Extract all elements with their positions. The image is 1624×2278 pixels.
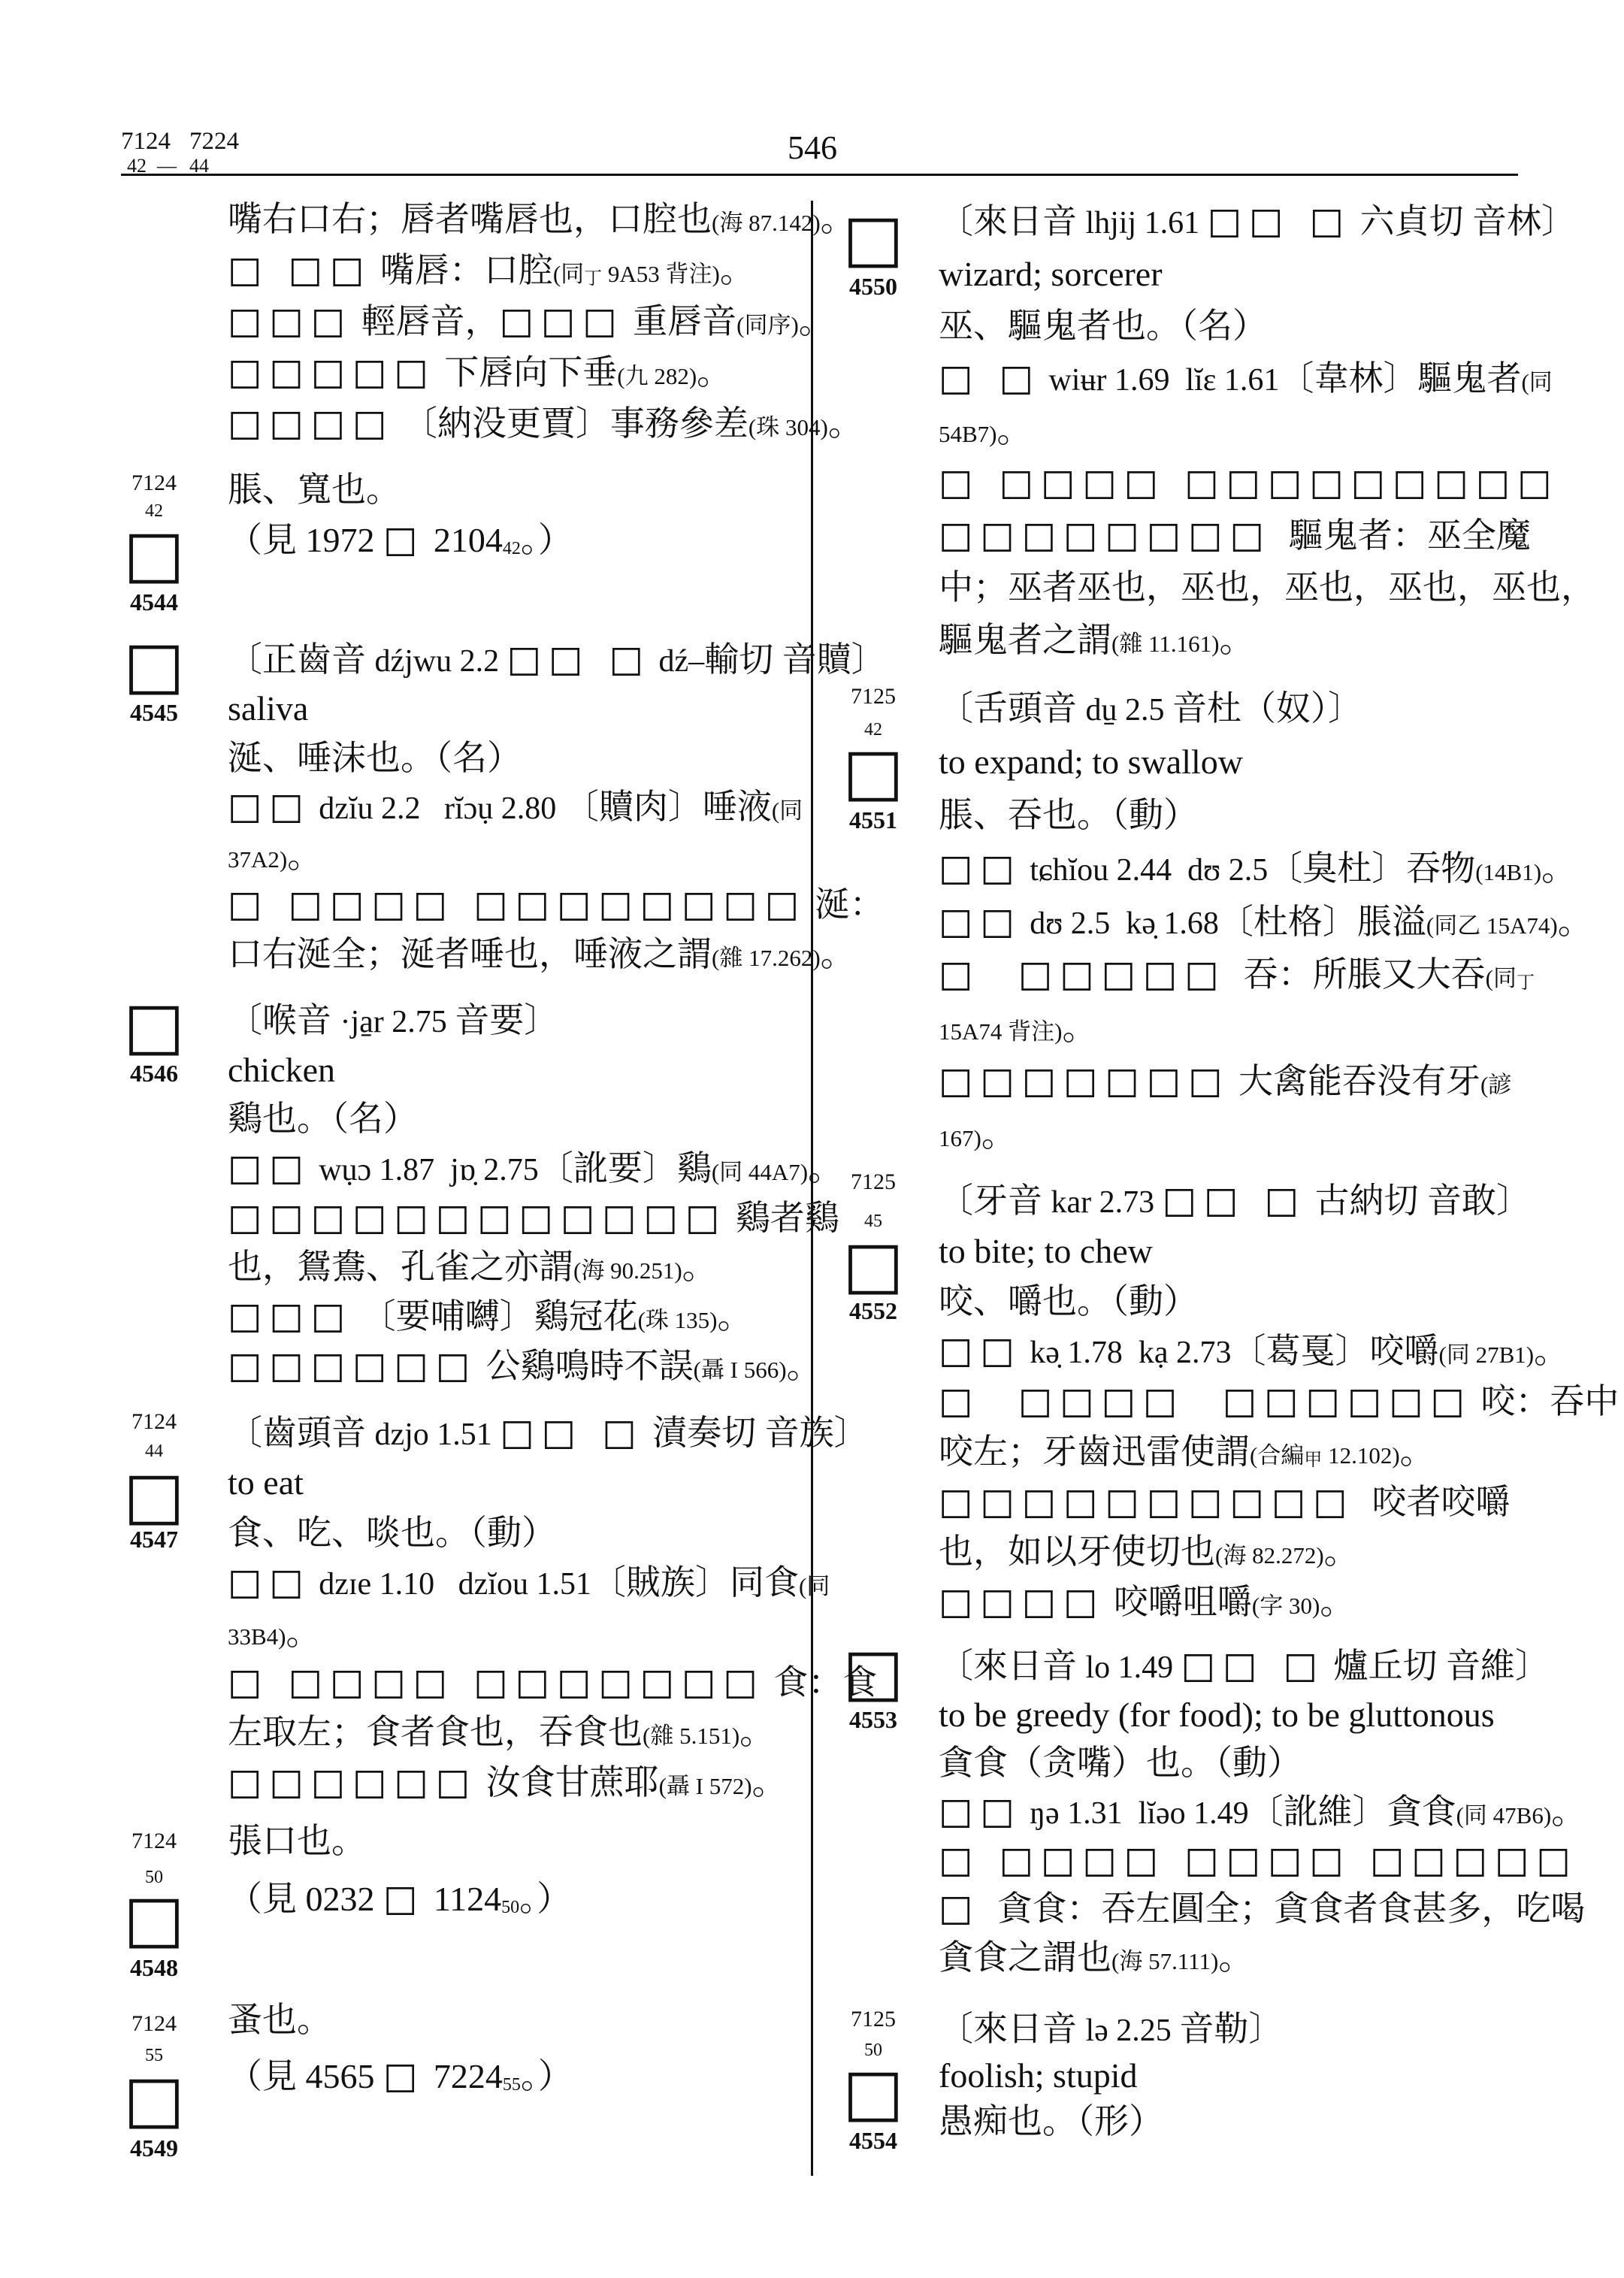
source-citation: (同 27B1)	[1439, 1342, 1535, 1368]
entry-body: 蚤也。（見 4565 □ 722455。）	[228, 1992, 573, 2104]
entry-line: □□□□□ 下唇向下垂(九 282)。	[228, 347, 863, 398]
entry-line: □□□□ 〔納没更賈〕事務參差(珠 304)。	[228, 398, 863, 449]
entry-line: to eat	[228, 1458, 877, 1508]
headword-tangut-glyph: □	[836, 748, 911, 796]
chinese-text: 〔賊族〕同食	[591, 1563, 799, 1602]
chinese-text: 古納切 音敢〕	[1306, 1181, 1531, 1220]
entry-line: chicken	[228, 1045, 842, 1095]
english-gloss: chicken	[228, 1051, 335, 1089]
entry-line: □□□□□□ 公鷄鳴時不誤(聶 I 566)。	[228, 1342, 842, 1391]
source-citation: 9A53 背注)	[602, 261, 720, 287]
chinese-text: 涎：	[806, 885, 885, 924]
chinese-text: 重唇音	[624, 302, 737, 340]
entry-code: 7125	[836, 685, 911, 708]
entry-line: （見 4565 □ 722455。）	[228, 2048, 573, 2104]
source-citation: (雜 11.161)	[1111, 631, 1220, 657]
source-citation: (雜 5.151)	[643, 1723, 739, 1749]
chinese-text: 。	[1062, 1009, 1096, 1047]
headword-tangut-glyph: □	[836, 2068, 911, 2118]
chinese-text: 。	[1534, 1332, 1568, 1370]
phonetic-reconstruction: lo 1.49	[1086, 1650, 1181, 1685]
entry-line: wizard; sorcerer	[939, 248, 1595, 301]
source-citation: (字 30)	[1252, 1593, 1320, 1619]
entry-line: 〔喉音 ·ja̱r 2.75 音要〕	[228, 996, 842, 1045]
tangut-glyph-placeholder: □ □□□□ □□□□□□□□	[228, 883, 806, 925]
chinese-text: 鷄者鷄	[727, 1199, 839, 1237]
phonetic-reconstruction: tɕhĭou 2.44 dʊ 2.5	[1022, 853, 1269, 888]
chinese-text: 。	[1218, 1938, 1253, 1977]
entry-line: □□□ 輕唇音，□□□ 重唇音(同序)。	[228, 296, 863, 347]
entry-body: 〔來日音 lo 1.49 □□ □ 爐丘切 音維〕to be greedy (f…	[939, 1642, 1586, 1983]
entry-line: 〔來日音 lə 2.25 音勒〕	[939, 2006, 1283, 2053]
chinese-text: 。）	[521, 2057, 573, 2095]
chinese-text: 食、吃、啖也。（動）	[228, 1514, 556, 1552]
chinese-text: 。	[1220, 621, 1254, 659]
tangut-glyph-placeholder: □□ □	[1163, 1179, 1306, 1221]
tangut-glyph-placeholder: □□□□□□□	[939, 1060, 1229, 1102]
entry-line: 口右涎全；涎者唾也，唾液之謂(雜 17.262)。	[228, 930, 886, 979]
chinese-text: 。	[799, 302, 833, 340]
header-range-start-code: 7124	[121, 129, 171, 154]
tangut-glyph-placeholder: □□	[228, 785, 311, 827]
chinese-text: 爐丘切 音維〕	[1325, 1647, 1550, 1685]
chinese-text: 。	[739, 1713, 774, 1751]
chinese-text: 貪食之謂也	[939, 1938, 1111, 1977]
phonetic-reconstruction: kar 2.73	[1051, 1185, 1163, 1220]
chinese-text: 輕唇音，	[352, 302, 500, 340]
tangut-glyph-placeholder: □□ □	[500, 1411, 643, 1454]
entry-line: □□□□□□□□□□□□ 鷄者鷄	[228, 1193, 842, 1243]
chinese-text: 。）	[519, 1880, 571, 1918]
entry-line: 巫、驅鬼者也。（名）	[939, 300, 1595, 352]
entry-code: 7125	[836, 2008, 911, 2031]
chinese-text: 〔韋林〕驅鬼者	[1279, 359, 1521, 398]
source-citation: (同 47B6)	[1456, 1802, 1552, 1829]
entry-line: 〔牙音 kar 2.73 □□ □ 古納切 音敢〕	[939, 1176, 1619, 1227]
source-citation: (海 90.251)	[573, 1257, 682, 1284]
entry-code: 7125	[836, 1171, 911, 1193]
entry-line: □ □□ 嘴唇：口腔(同丁 9A53 背注)。	[228, 245, 863, 296]
entry-number: 4544	[116, 590, 192, 614]
tangut-glyph-placeholder: □□□□□□□□	[939, 514, 1272, 556]
entry-line: □ □ wiʉr 1.69 lĭɛ 1.61〔韋林〕驅鬼者(同	[939, 352, 1595, 405]
tangut-glyph-placeholder: □	[383, 519, 425, 561]
chinese-text: 六貞切 音林〕	[1351, 202, 1576, 241]
entry-line: to expand; to swallow	[939, 736, 1592, 789]
entry-body: 〔來日音 lə 2.25 音勒〕foolish; stupid愚痴也。（形）	[939, 2006, 1283, 2145]
chinese-text: 中；巫者巫也，巫也，巫也，巫也，巫也，	[939, 568, 1595, 607]
chinese-text: 。	[787, 1347, 821, 1385]
entry-line: 貪食之謂也(海 57.111)。	[939, 1934, 1586, 1983]
entry-line: 15A74 背注)。	[939, 1002, 1592, 1055]
phonetic-reconstruction: dzĭu 2.2 rĭɔụ 2.80	[311, 791, 564, 826]
entry-body: 嘴右口右；唇者嘴唇也，口腔也(海 87.142)。□ □□ 嘴唇：口腔(同丁 9…	[228, 194, 863, 449]
subscript-text: 42	[503, 539, 521, 558]
headword-tangut-glyph: □	[116, 530, 192, 578]
chinese-text: 〔喉音	[228, 1001, 340, 1039]
entry-line: □□□□□□□ 大禽能吞没有牙(諺	[939, 1055, 1592, 1109]
chinese-text: 。	[697, 353, 731, 392]
source-citation: 54B7)	[939, 421, 997, 447]
chinese-text: 巫、驅鬼者也。（名）	[939, 307, 1267, 345]
entry-line: 嘴右口右；唇者嘴唇也，口腔也(海 87.142)。	[228, 194, 863, 245]
chinese-text: 。	[821, 935, 855, 973]
entry-line: 脹、吞也。（動）	[939, 789, 1592, 843]
entry-line: 〔正齒音 dźjwu 2.2 □□ □ dź–輸切 音贖〕	[228, 635, 886, 684]
entry-line: （見 0232 □ 112450。）	[228, 1870, 571, 1928]
entry-line: 張口也。	[228, 1812, 571, 1870]
entry-line: 鷄也。（名）	[228, 1094, 842, 1144]
phonetic-reconstruction: du̱ 2.5	[1086, 693, 1173, 728]
entry-line: □□ tɕhĭou 2.44 dʊ 2.5〔臭杜〕吞物(14B1)。	[939, 843, 1592, 896]
chinese-text: 張口也。	[228, 1822, 366, 1860]
chinese-text: 左取左；食者食也，吞食也	[228, 1713, 643, 1751]
chinese-text: （見 1972	[228, 521, 383, 559]
phonetic-reconstruction: dź–	[651, 644, 704, 679]
page-number: 546	[788, 132, 837, 165]
chinese-text: 音杜（奴）〕	[1172, 689, 1362, 728]
english-gloss: foolish; stupid	[939, 2056, 1138, 2095]
tangut-glyph-placeholder: □□□	[500, 300, 624, 342]
tangut-glyph-placeholder: □□□□□	[228, 351, 436, 393]
tangut-glyph-placeholder: □□ □	[507, 638, 651, 680]
source-citation: 33B4)	[228, 1623, 286, 1650]
chinese-text: 〔舌頭音	[939, 689, 1086, 728]
tangut-glyph-placeholder: □	[383, 1877, 425, 1920]
dictionary-page: 7124 7224 42 — 44 546 嘴右口右；唇者嘴唇也，口腔也(海 8…	[0, 0, 1624, 2278]
chinese-text: 吞：所脹又大吞	[1226, 955, 1486, 994]
chinese-text: 。	[828, 404, 863, 443]
entry-body: 〔牙音 kar 2.73 □□ □ 古納切 音敢〕to bite; to che…	[939, 1176, 1619, 1628]
chinese-text: 嘴右口右；唇者嘴唇也，口腔也	[228, 200, 712, 238]
headword-tangut-glyph: □	[116, 1895, 192, 1943]
tangut-glyph-placeholder: □□	[939, 847, 1022, 889]
source-citation: 167)	[939, 1125, 981, 1151]
source-citation: (同 44A7)	[712, 1159, 808, 1185]
chinese-text: 愚痴也。（形）	[939, 2102, 1163, 2140]
entry-number: 4551	[836, 808, 911, 832]
entry-line: □ □□□□ □□□□□□□□ 涎：	[228, 880, 886, 929]
entry-line: □□□□□□□□ 驅鬼者：巫全魔	[939, 510, 1595, 562]
header-rule	[121, 174, 1518, 176]
entry-line: 〔舌頭音 du̱ 2.5 音杜（奴）〕	[939, 682, 1592, 736]
entry-line: 食、吃、啖也。（動）	[228, 1508, 877, 1558]
entry-body: 〔舌頭音 du̱ 2.5 音杜（奴）〕to expand; to swallow…	[939, 682, 1592, 1162]
tangut-glyph-placeholder: □□ □	[1208, 200, 1351, 242]
chinese-text: 。	[981, 1115, 1016, 1154]
source-citation: (同	[1486, 965, 1517, 991]
entry-line: 驅鬼者之謂(雜 11.161)。	[939, 614, 1595, 667]
entry-line: □ □□□□ □□□□□□ 咬：吞中	[939, 1377, 1619, 1427]
entry-line: （見 1972 □ 210442。）	[228, 515, 573, 565]
entry-line: 也，如以牙使切也(海 82.272)。	[939, 1527, 1619, 1578]
chinese-text: 2104	[425, 521, 503, 559]
entry-line: 貪食（贪嘴）也。（動）	[939, 1739, 1586, 1788]
chinese-text: （見 0232	[228, 1880, 383, 1918]
header-range-end-code: 7224	[189, 129, 239, 154]
phonetic-reconstruction: lhjij 1.61	[1086, 206, 1208, 241]
entry-code: 7124	[116, 1411, 192, 1433]
tangut-glyph-placeholder: □□□□	[228, 402, 394, 444]
source-citation: 37A2)	[228, 846, 287, 873]
english-gloss: saliva	[228, 689, 308, 728]
chinese-text: 脹、寬也。	[228, 470, 401, 509]
entry-line: □□ wụɔ 1.87 jɒ̣ 2.75〔訛要〕鷄(同 44A7)。	[228, 1144, 842, 1193]
chinese-text: 〔齒頭音	[228, 1414, 375, 1452]
chinese-text: 貪食（贪嘴）也。（動）	[939, 1744, 1302, 1782]
chinese-text: 〔臭杜〕吞物	[1268, 849, 1475, 888]
phonetic-reconstruction: dzjo 1.51	[375, 1417, 501, 1452]
english-gloss: to eat	[228, 1463, 304, 1502]
tangut-glyph-placeholder: □ □□□□ □□□□ □□□□□	[939, 1839, 1578, 1881]
tangut-glyph-placeholder: □ □□□□ □□□□□□□□□	[939, 461, 1559, 504]
entry-number: 4547	[116, 1527, 192, 1551]
entry-line: □ 貪食：吞左圓全；貪食者食甚多，吃喝	[939, 1885, 1586, 1934]
entry-body: 〔正齒音 dźjwu 2.2 □□ □ dź–輸切 音贖〕saliva涎、唾沫也…	[228, 635, 886, 979]
chinese-text: 咬、嚼也。（動）	[939, 1282, 1198, 1321]
tangut-glyph-placeholder: □□	[939, 1330, 1022, 1372]
chinese-text: 脹、吞也。（動）	[939, 796, 1198, 834]
chinese-text: 〔杜格〕脹溢	[1219, 903, 1426, 941]
entry-number: 4545	[116, 700, 192, 725]
chinese-text: 下唇向下垂	[436, 353, 618, 392]
source-citation: (聶 I 566)	[694, 1357, 787, 1383]
chinese-text: 汝食甘蔗耶	[477, 1763, 659, 1802]
chinese-text: 。	[682, 1248, 717, 1286]
chinese-text: 〔來日音	[939, 1647, 1086, 1685]
chinese-text: 也，鴛鴦、孔雀之亦謂	[228, 1248, 573, 1286]
tangut-glyph-placeholder: □ □□□□□	[939, 953, 1226, 995]
chinese-text: 〔訛維〕貪食	[1249, 1792, 1456, 1831]
tangut-glyph-placeholder: □□□□□□	[228, 1345, 477, 1387]
entry-line: □ □□□□ □□□□ □□□□□	[939, 1837, 1586, 1886]
chinese-text: 。	[720, 251, 755, 289]
entry-line: 涎、唾沫也。（名）	[228, 734, 886, 782]
entry-line: 33B4)。	[228, 1608, 877, 1658]
entry-body: 脹、寬也。（見 1972 □ 210442。）	[228, 464, 573, 565]
source-citation: (海 57.111)	[1111, 1948, 1218, 1974]
entry-line: 咬、嚼也。（動）	[939, 1277, 1619, 1327]
phonetic-reconstruction: lə 2.25	[1086, 2013, 1180, 2048]
entry-line: 〔來日音 lhjij 1.61 □□ □ 六貞切 音林〕	[939, 195, 1595, 248]
entry-line: 167)。	[939, 1109, 1592, 1162]
chinese-text: 〔正齒音	[228, 640, 375, 679]
tangut-glyph-placeholder: □	[939, 1887, 980, 1929]
tangut-glyph-placeholder: □□□	[228, 300, 352, 342]
chinese-text: 1124	[425, 1880, 501, 1918]
chinese-text: （見 4565	[228, 2057, 383, 2095]
chinese-text: 〔葛戛〕咬嚼	[1232, 1332, 1439, 1370]
subscript-text: 丁	[584, 269, 602, 289]
chinese-text: 〔來日音	[939, 202, 1086, 241]
source-citation: (同序)	[736, 312, 799, 338]
entry-line: □ □□□□□ 吞：所脹又大吞(同丁	[939, 948, 1592, 1002]
entry-number: 4546	[116, 1061, 192, 1085]
chinese-text: 咬左；牙齒迅雷使謂	[939, 1432, 1250, 1471]
headword-tangut-glyph: □	[116, 641, 192, 689]
chinese-text: 〔來日音	[939, 2010, 1086, 2048]
entry-line: □□□□□□□□□□ 咬者咬嚼	[939, 1478, 1619, 1528]
phonetic-reconstruction: kə̣ 1.78 kạ 2.73	[1022, 1336, 1232, 1370]
tangut-glyph-placeholder: □□	[939, 1790, 1022, 1832]
entry-line: saliva	[228, 684, 886, 733]
chinese-text: 公鷄鳴時不誤	[477, 1347, 694, 1385]
entry-number: 4552	[836, 1299, 911, 1323]
chinese-text: 音要〕	[455, 1001, 558, 1039]
source-citation: (海 82.272)	[1215, 1542, 1324, 1569]
chinese-text: 嘴唇：口腔	[371, 251, 553, 289]
subscript-text: 甲	[1304, 1451, 1322, 1470]
headword-tangut-glyph: □	[116, 2075, 192, 2123]
chinese-text: 也，如以牙使切也	[939, 1532, 1215, 1571]
tangut-glyph-placeholder: □□□□□□	[228, 1761, 477, 1803]
chinese-text: 。	[1324, 1532, 1359, 1571]
tangut-glyph-placeholder: □□	[228, 1147, 311, 1189]
chinese-text: 涎、唾沫也。（名）	[228, 739, 522, 777]
tangut-glyph-placeholder: □ □	[939, 357, 1041, 399]
chinese-text: 漬奏切 音族〕	[644, 1414, 869, 1452]
entry-line: □ □□□□ □□□□□□□□□	[939, 457, 1595, 510]
source-citation: (珠 135)	[638, 1307, 718, 1333]
chinese-text: 咬嚼咀嚼	[1105, 1583, 1252, 1621]
headword-tangut-glyph: □	[836, 1648, 911, 1696]
entry-line: 〔齒頭音 dzjo 1.51 □□ □ 漬奏切 音族〕	[228, 1408, 877, 1458]
entry-line: 咬左；牙齒迅雷使謂(合編甲 12.102)。	[939, 1427, 1619, 1478]
chinese-text: 。	[1400, 1432, 1435, 1471]
chinese-text: 7224	[425, 2057, 503, 2095]
entry-line: □□□ 〔要哺嚩〕鷄冠花(珠 135)。	[228, 1292, 842, 1342]
chinese-text: 。	[1551, 1792, 1586, 1831]
entry-body: 〔來日音 lhjij 1.61 □□ □ 六貞切 音林〕wizard; sorc…	[939, 195, 1595, 666]
english-gloss: to be greedy (for food); to be gluttonou…	[939, 1696, 1495, 1734]
english-gloss: wizard; sorcerer	[939, 255, 1163, 293]
chinese-text: 。	[287, 836, 322, 875]
entry-line: □□□□ 咬嚼咀嚼(字 30)。	[939, 1578, 1619, 1628]
tangut-glyph-placeholder: □□	[228, 1561, 311, 1603]
entry-number: 4549	[116, 2136, 192, 2160]
entry-line: 也，鴛鴦、孔雀之亦謂(海 90.251)。	[228, 1242, 842, 1292]
tangut-glyph-placeholder: □□□□□□□□□□□□	[228, 1196, 727, 1239]
entry-code: 7124	[116, 1830, 192, 1853]
tangut-glyph-placeholder: □□ □	[1181, 1644, 1325, 1687]
entry-line: to bite; to chew	[939, 1227, 1619, 1277]
subscript-text: 50	[501, 1898, 519, 1917]
chinese-text: 。	[752, 1763, 787, 1802]
tangut-glyph-placeholder: □ □□□□ □□□□□□□	[228, 1661, 765, 1703]
phonetic-reconstruction: wiʉr 1.69 lĭɛ 1.61	[1041, 363, 1279, 398]
entry-line: □ □□□□ □□□□□□□ 食：食	[228, 1658, 877, 1708]
entry-line: 愚痴也。（形）	[939, 2098, 1283, 2145]
chinese-text: 。	[1558, 903, 1592, 941]
chinese-text: 驅鬼者：巫全魔	[1272, 516, 1531, 555]
source-citation: (同	[772, 797, 803, 824]
entry-line: □□ ŋə 1.31 lĭəo 1.49〔訛維〕貪食(同 47B6)。	[939, 1788, 1586, 1837]
phonetic-reconstruction: wụɔ 1.87 jɒ̣ 2.75	[311, 1153, 539, 1187]
entry-line: □□□□□□ 汝食甘蔗耶(聶 I 572)。	[228, 1758, 877, 1808]
chinese-text: 〔要哺嚩〕鷄冠花	[352, 1297, 638, 1336]
tangut-glyph-placeholder: □□□□	[939, 1581, 1105, 1623]
source-citation: 12.102)	[1322, 1442, 1399, 1469]
tangut-glyph-placeholder: □ □□	[228, 249, 371, 291]
source-citation: (海 87.142)	[712, 210, 821, 236]
chinese-text: 。	[286, 1614, 321, 1652]
chinese-text: 大禽能吞没有牙	[1229, 1062, 1480, 1100]
entry-line: 37A2)。	[228, 831, 886, 880]
chinese-text: 貪食：吞左圓全；貪食者食甚多，吃喝	[980, 1889, 1585, 1928]
entry-line: □□ dzɪe 1.10 dzĭou 1.51〔賊族〕同食(同	[228, 1558, 877, 1608]
chinese-text: 。	[1320, 1583, 1354, 1621]
chinese-text: 咬者咬嚼	[1355, 1483, 1511, 1521]
headword-tangut-glyph: □	[836, 213, 911, 264]
chinese-text: 驅鬼者之謂	[939, 621, 1111, 659]
tangut-glyph-placeholder: □	[383, 2055, 425, 2097]
chinese-text: 。	[717, 1297, 752, 1336]
chinese-text: 音勒〕	[1179, 2010, 1283, 2048]
entry-number: 4548	[116, 1956, 192, 1980]
source-citation: 15A74 背注)	[939, 1018, 1062, 1045]
tangut-glyph-placeholder: □□	[939, 900, 1022, 942]
entry-line: 蚤也。	[228, 1992, 573, 2048]
entry-code: 7124	[116, 472, 192, 495]
chinese-text: 輸切 音贖〕	[704, 640, 886, 679]
chinese-text: 鷄也。（名）	[228, 1100, 418, 1138]
entry-line: to be greedy (for food); to be gluttonou…	[939, 1691, 1586, 1740]
tangut-glyph-placeholder: □ □□□□ □□□□□□	[939, 1380, 1472, 1422]
entry-line: □□ kə̣ 1.78 kạ 2.73〔葛戛〕咬嚼(同 27B1)。	[939, 1327, 1619, 1377]
chinese-text: 。	[997, 411, 1032, 449]
entry-line: 54B7)。	[939, 404, 1595, 457]
entry-line: □□ dzĭu 2.2 rĭɔụ 2.80 〔贖肉〕唾液(同	[228, 782, 886, 831]
entry-number: 4550	[836, 274, 911, 298]
tangut-glyph-placeholder: □□□□□□□□□□	[939, 1481, 1355, 1523]
source-citation: (同乙 15A74)	[1426, 912, 1558, 939]
entry-code: 7124	[116, 2013, 192, 2035]
entry-line: □□ dʊ 2.5 kə̣ 1.68〔杜格〕脹溢(同乙 15A74)。	[939, 896, 1592, 949]
source-citation: (同	[553, 261, 584, 287]
entry-line: 中；巫者巫也，巫也，巫也，巫也，巫也，	[939, 561, 1595, 614]
phonetic-reconstruction: ·ja̱r 2.75	[340, 1005, 455, 1039]
subscript-text: 55	[503, 2075, 521, 2095]
chinese-text: 口右涎全；涎者唾也，唾液之謂	[228, 935, 712, 973]
phonetic-reconstruction: dʊ 2.5 kə̣ 1.68	[1022, 906, 1219, 941]
entry-line: 〔來日音 lo 1.49 □□ □ 爐丘切 音維〕	[939, 1642, 1586, 1691]
entry-number: 4553	[836, 1708, 911, 1732]
chinese-text: 〔贖肉〕唾液	[564, 788, 772, 826]
source-citation: (諺	[1480, 1072, 1511, 1098]
phonetic-reconstruction: dźjwu 2.2	[375, 644, 507, 679]
tangut-glyph-placeholder: □□□	[228, 1295, 352, 1337]
english-gloss: to expand; to swallow	[939, 743, 1243, 781]
entry-body: 〔齒頭音 dzjo 1.51 □□ □ 漬奏切 音族〕to eat食、吃、啖也。…	[228, 1408, 877, 1808]
entry-line: foolish; stupid	[939, 2053, 1283, 2099]
source-citation: (珠 304)	[748, 414, 828, 440]
headword-tangut-glyph: □	[116, 1472, 192, 1520]
english-gloss: to bite; to chew	[939, 1232, 1153, 1270]
source-citation: (同	[1521, 369, 1552, 395]
chinese-text: 〔訛要〕鷄	[539, 1149, 712, 1187]
entry-body: 〔喉音 ·ja̱r 2.75 音要〕chicken鷄也。（名）□□ wụɔ 1.…	[228, 996, 842, 1391]
source-citation: (合編	[1250, 1442, 1304, 1469]
chinese-text: 。	[1541, 849, 1576, 888]
entry-number: 4554	[836, 2128, 911, 2152]
chinese-text: 〔納没更賈〕事務參差	[394, 404, 748, 443]
subscript-text: 丁	[1517, 973, 1535, 993]
phonetic-reconstruction: ŋə 1.31 lĭəo 1.49	[1022, 1796, 1249, 1831]
source-citation: (聶 I 572)	[659, 1773, 752, 1799]
entry-line: 左取左；食者食也，吞食也(雜 5.151)。	[228, 1708, 877, 1757]
source-citation: (九 282)	[617, 363, 697, 389]
headword-tangut-glyph: □	[116, 1002, 192, 1050]
